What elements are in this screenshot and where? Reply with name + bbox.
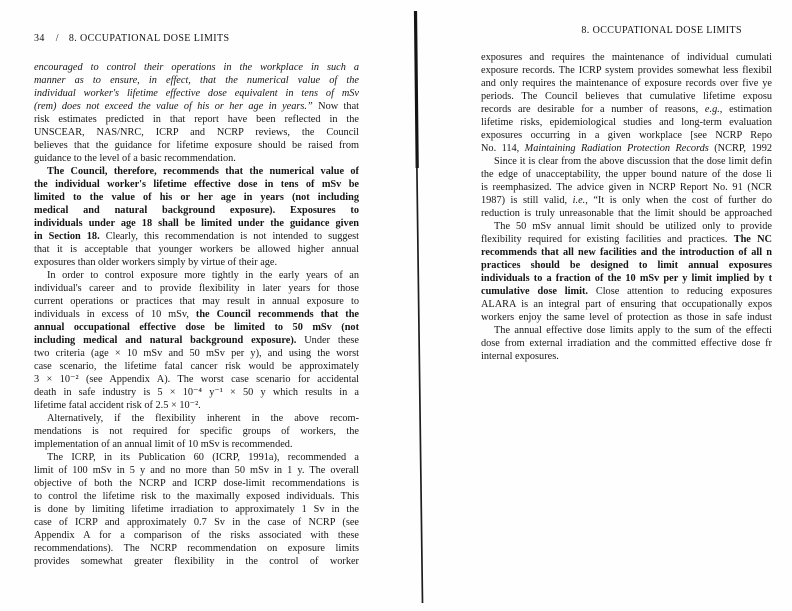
text-line: individuals under age 18 shall be limite…	[34, 217, 359, 230]
text-segment: limit of 100 mSv in 5 y and no more than…	[34, 465, 359, 476]
text-line: and only requires the maintenance of exp…	[481, 77, 772, 90]
text-line: case of ICRP and approximately 0.7 Sv in…	[34, 516, 359, 529]
text-segment: (NCRP, 1992	[709, 143, 772, 154]
text-segment: current operations or practices that may…	[34, 296, 359, 307]
running-title: 8. OCCUPATIONAL DOSE LIMITS	[69, 33, 230, 44]
text-line: mendations is not required for specific …	[34, 425, 359, 438]
text-segment: recommends that all new facilities and t…	[481, 247, 772, 258]
text-line: annual occupational effective dose be li…	[34, 321, 359, 334]
text-segment: In order to control exposure more tightl…	[47, 270, 359, 281]
text-line: Alternatively, if the flexibility inhere…	[34, 412, 359, 425]
paragraph: In order to control exposure more tightl…	[34, 269, 359, 412]
text-line: to control the lifetime risk to the maxi…	[34, 490, 359, 503]
text-segment: two criteria (age × 10 mSv and 50 mSv pe…	[34, 348, 359, 359]
text-segment: Clearly, this recommendation is not inte…	[100, 231, 359, 242]
text-line: The 50 mSv annual limit should be utiliz…	[481, 220, 772, 233]
text-segment: individuals to a fraction of the 10 mSv …	[481, 273, 772, 284]
text-segment: the Council recommends that the	[196, 309, 359, 320]
text-segment: in Section 18.	[34, 231, 100, 242]
text-segment: i.e.	[573, 195, 586, 206]
text-line: recommends that all new facilities and t…	[481, 246, 772, 259]
text-segment: medical and natural background exposure)…	[34, 205, 359, 216]
text-segment: individual's career and to provide flexi…	[34, 283, 359, 294]
text-segment: Now that	[313, 101, 359, 112]
text-segment: Under these	[296, 335, 359, 346]
paragraph: The 50 mSv annual limit should be utiliz…	[481, 220, 772, 324]
text-line: is done by limiting lifetime irradiation…	[34, 503, 359, 516]
text-line: recommendations). The NCRP recommendatio…	[34, 542, 359, 555]
text-line: believes that the guidance for lifetime …	[34, 139, 359, 152]
text-segment: the edge of unacceptability, the upper b…	[481, 169, 772, 180]
text-line: limit of 100 mSv in 5 y and no more than…	[34, 464, 359, 477]
text-line: Since it is clear from the above discuss…	[481, 155, 772, 168]
text-segment: including medical and natural background…	[34, 335, 296, 346]
text-line: the individual worker's lifetime effecti…	[34, 178, 359, 191]
left-page-header: 34 / 8. OCCUPATIONAL DOSE LIMITS	[34, 33, 359, 45]
text-segment: , “It is only when the cost of further d…	[585, 195, 772, 206]
text-segment: exposures and requires the maintenance o…	[481, 52, 772, 63]
paragraph: encouraged to control their operations i…	[34, 61, 359, 165]
paragraph: The ICRP, in its Publication 60 (ICRP, 1…	[34, 451, 359, 568]
text-line: lifetime fatal accident risk of 2.5 × 10…	[34, 399, 359, 412]
text-segment: Maintaining Radiation Protection Records	[525, 143, 709, 154]
text-segment: is reemphasized. The advice given in NCR…	[481, 182, 772, 193]
text-segment: annual occupational effective dose be li…	[34, 322, 359, 333]
text-line: including medical and natural background…	[34, 334, 359, 347]
text-line: individuals to a fraction of the 10 mSv …	[481, 272, 772, 285]
text-line: The Council, therefore, recommends that …	[34, 165, 359, 178]
text-segment: provides somewhat greater flexibility in…	[34, 556, 359, 567]
text-segment: records are desirable for a number of re…	[481, 104, 705, 115]
text-segment: , estimation	[720, 104, 772, 115]
paragraph: The Council, therefore, recommends that …	[34, 165, 359, 269]
paragraph: Alternatively, if the flexibility inhere…	[34, 412, 359, 451]
text-line: lifetime risks, epidemiological studies …	[481, 116, 772, 129]
text-line: Appendix A for a comparison of the risks…	[34, 529, 359, 542]
text-line: 1987) is still valid, i.e., “It is only …	[481, 194, 772, 207]
text-segment: Alternatively, if the flexibility inhere…	[47, 413, 359, 424]
text-segment: Appendix A for a comparison of the risks…	[34, 530, 359, 541]
text-segment: death in safe industry is 5 × 10⁻⁴ y⁻¹ ×…	[34, 387, 359, 398]
text-line: case scenario, the lifetime fatal cancer…	[34, 360, 359, 373]
text-segment: cumulative dose limit.	[481, 286, 588, 297]
text-segment: Since it is clear from the above discuss…	[494, 156, 772, 167]
text-segment: practices should be designed to limit an…	[481, 260, 772, 271]
text-line: No. 114, Maintaining Radiation Protectio…	[481, 142, 772, 155]
text-segment: lifetime fatal accident risk of 2.5 × 10…	[34, 400, 201, 411]
text-segment: case scenario, the lifetime fatal cancer…	[34, 361, 359, 372]
text-line: reduction is truly unreasonable that the…	[481, 207, 772, 220]
text-line: The annual effective dose limits apply t…	[481, 324, 772, 337]
text-line: two criteria (age × 10 mSv and 50 mSv pe…	[34, 347, 359, 360]
text-segment: The NC	[734, 234, 772, 245]
text-line: the edge of unacceptability, the upper b…	[481, 168, 772, 181]
text-segment: exposures than older workers simply by v…	[34, 257, 277, 268]
text-line: individual's career and to provide flexi…	[34, 282, 359, 295]
running-title: 8. OCCUPATIONAL DOSE LIMITS	[581, 25, 742, 36]
paragraph: exposures and requires the maintenance o…	[481, 51, 772, 155]
page-number: 34	[34, 33, 45, 44]
text-segment: and only requires the maintenance of exp…	[481, 78, 772, 89]
right-page-header: 8. OCCUPATIONAL DOSE LIMITS	[481, 25, 772, 37]
right-page-text: exposures and requires the maintenance o…	[481, 51, 772, 363]
text-line: cumulative dose limit. Close attention t…	[481, 285, 772, 298]
text-segment: that it is acceptable that younger worke…	[34, 244, 359, 255]
text-line: exposures than older workers simply by v…	[34, 256, 359, 269]
text-line: flexibility required for existing facili…	[481, 233, 772, 246]
text-segment: limited to the value of his or her age i…	[34, 192, 359, 203]
text-line: practices should be designed to limit an…	[481, 259, 772, 272]
text-line: objective of both the NCRP and ICRP dose…	[34, 477, 359, 490]
text-segment: flexibility required for existing facili…	[481, 234, 734, 245]
text-segment: mendations is not required for specific …	[34, 426, 359, 437]
text-segment: The ICRP, in its Publication 60 (ICRP, 1…	[47, 452, 359, 463]
text-segment: reduction is truly unreasonable that the…	[481, 208, 772, 219]
text-segment: exposure records. The ICRP system provid…	[481, 65, 772, 76]
text-segment: guidance to the level of a basic recomme…	[34, 153, 236, 164]
text-segment: periods. The Council believes that cumul…	[481, 91, 772, 102]
text-line: exposures and requires the maintenance o…	[481, 51, 772, 64]
text-line: UNSCEAR, NAS/NRC, ICRP and NCRP reviews,…	[34, 126, 359, 139]
text-segment: e.g.	[705, 104, 720, 115]
text-segment: lifetime risks, epidemiological studies …	[481, 117, 772, 128]
text-segment: individuals in excess of 10 mSv,	[34, 309, 196, 320]
text-segment: implementation of an annual limit of 10 …	[34, 439, 293, 450]
text-segment: objective of both the NCRP and ICRP dose…	[34, 478, 359, 489]
text-line: records are desirable for a number of re…	[481, 103, 772, 116]
text-line: current operations or practices that may…	[34, 295, 359, 308]
text-segment: 1987) is still valid,	[481, 195, 573, 206]
text-line: individuals in excess of 10 mSv, the Cou…	[34, 308, 359, 321]
scanned-book-spread: 34 / 8. OCCUPATIONAL DOSE LIMITS encoura…	[0, 0, 792, 611]
text-line: (rem) does not exceed the value of his o…	[34, 100, 359, 113]
text-segment: recommendations). The NCRP recommendatio…	[34, 543, 359, 554]
text-line: 3 × 10⁻² (see Appendix A). The worst cas…	[34, 373, 359, 386]
text-line: risk estimates predicted in that report …	[34, 113, 359, 126]
text-segment: No. 114,	[481, 143, 525, 154]
text-line: provides somewhat greater flexibility in…	[34, 555, 359, 568]
text-segment: The annual effective dose limits apply t…	[494, 325, 772, 336]
text-segment: believes that the guidance for lifetime …	[34, 140, 359, 151]
text-line: periods. The Council believes that cumul…	[481, 90, 772, 103]
text-line: ALARA is an integral part of ensuring th…	[481, 298, 772, 311]
right-page: 8. OCCUPATIONAL DOSE LIMITS exposures an…	[481, 25, 772, 363]
text-line: that it is acceptable that younger worke…	[34, 243, 359, 256]
left-page-text: encouraged to control their operations i…	[34, 61, 359, 568]
text-segment: UNSCEAR, NAS/NRC, ICRP and NCRP reviews,…	[34, 127, 359, 138]
text-segment: is done by limiting lifetime irradiation…	[34, 504, 359, 515]
text-segment: The Council, therefore, recommends that …	[47, 166, 359, 177]
text-line: In order to control exposure more tightl…	[34, 269, 359, 282]
text-line: exposures occurring in a given workplace…	[481, 129, 772, 142]
text-segment: individual worker's lifetime effective d…	[34, 88, 359, 99]
text-line: exposure records. The ICRP system provid…	[481, 64, 772, 77]
text-segment: exposures occurring in a given workplace…	[481, 130, 772, 141]
text-segment: to control the lifetime risk to the maxi…	[34, 491, 359, 502]
text-line: is reemphasized. The advice given in NCR…	[481, 181, 772, 194]
text-line: implementation of an annual limit of 10 …	[34, 438, 359, 451]
text-segment: internal exposures.	[481, 351, 559, 362]
text-line: guidance to the level of a basic recomme…	[34, 152, 359, 165]
text-segment: individuals under age 18 shall be limite…	[34, 218, 359, 229]
text-line: individual worker's lifetime effective d…	[34, 87, 359, 100]
text-segment: risk estimates predicted in that report …	[34, 114, 359, 125]
text-line: manner as to ensure, in effect, that the…	[34, 74, 359, 87]
text-segment: The 50 mSv annual limit should be utiliz…	[494, 221, 772, 232]
header-divider: /	[56, 33, 59, 44]
text-segment: dose from external irradiation and the c…	[481, 338, 772, 349]
text-segment: workers enjoy the same level of protecti…	[481, 312, 772, 323]
text-line: internal exposures.	[481, 350, 772, 363]
text-segment: 3 × 10⁻² (see Appendix A). The worst cas…	[34, 374, 359, 385]
text-line: death in safe industry is 5 × 10⁻⁴ y⁻¹ ×…	[34, 386, 359, 399]
text-line: in Section 18. Clearly, this recommendat…	[34, 230, 359, 243]
text-line: medical and natural background exposure)…	[34, 204, 359, 217]
text-segment: Close attention to reducing exposures	[588, 286, 772, 297]
paragraph: The annual effective dose limits apply t…	[481, 324, 772, 363]
text-line: workers enjoy the same level of protecti…	[481, 311, 772, 324]
text-segment: (rem) does not exceed the value of his o…	[34, 101, 313, 112]
text-line: The ICRP, in its Publication 60 (ICRP, 1…	[34, 451, 359, 464]
text-line: dose from external irradiation and the c…	[481, 337, 772, 350]
paragraph: Since it is clear from the above discuss…	[481, 155, 772, 220]
left-page: 34 / 8. OCCUPATIONAL DOSE LIMITS encoura…	[34, 33, 359, 568]
text-segment: encouraged to control their operations i…	[34, 62, 359, 73]
text-line: encouraged to control their operations i…	[34, 61, 359, 74]
text-segment: the individual worker's lifetime effecti…	[34, 179, 359, 190]
text-segment: case of ICRP and approximately 0.7 Sv in…	[34, 517, 359, 528]
text-line: limited to the value of his or her age i…	[34, 191, 359, 204]
text-segment: ALARA is an integral part of ensuring th…	[481, 299, 772, 310]
text-segment: manner as to ensure, in effect, that the…	[34, 75, 359, 86]
